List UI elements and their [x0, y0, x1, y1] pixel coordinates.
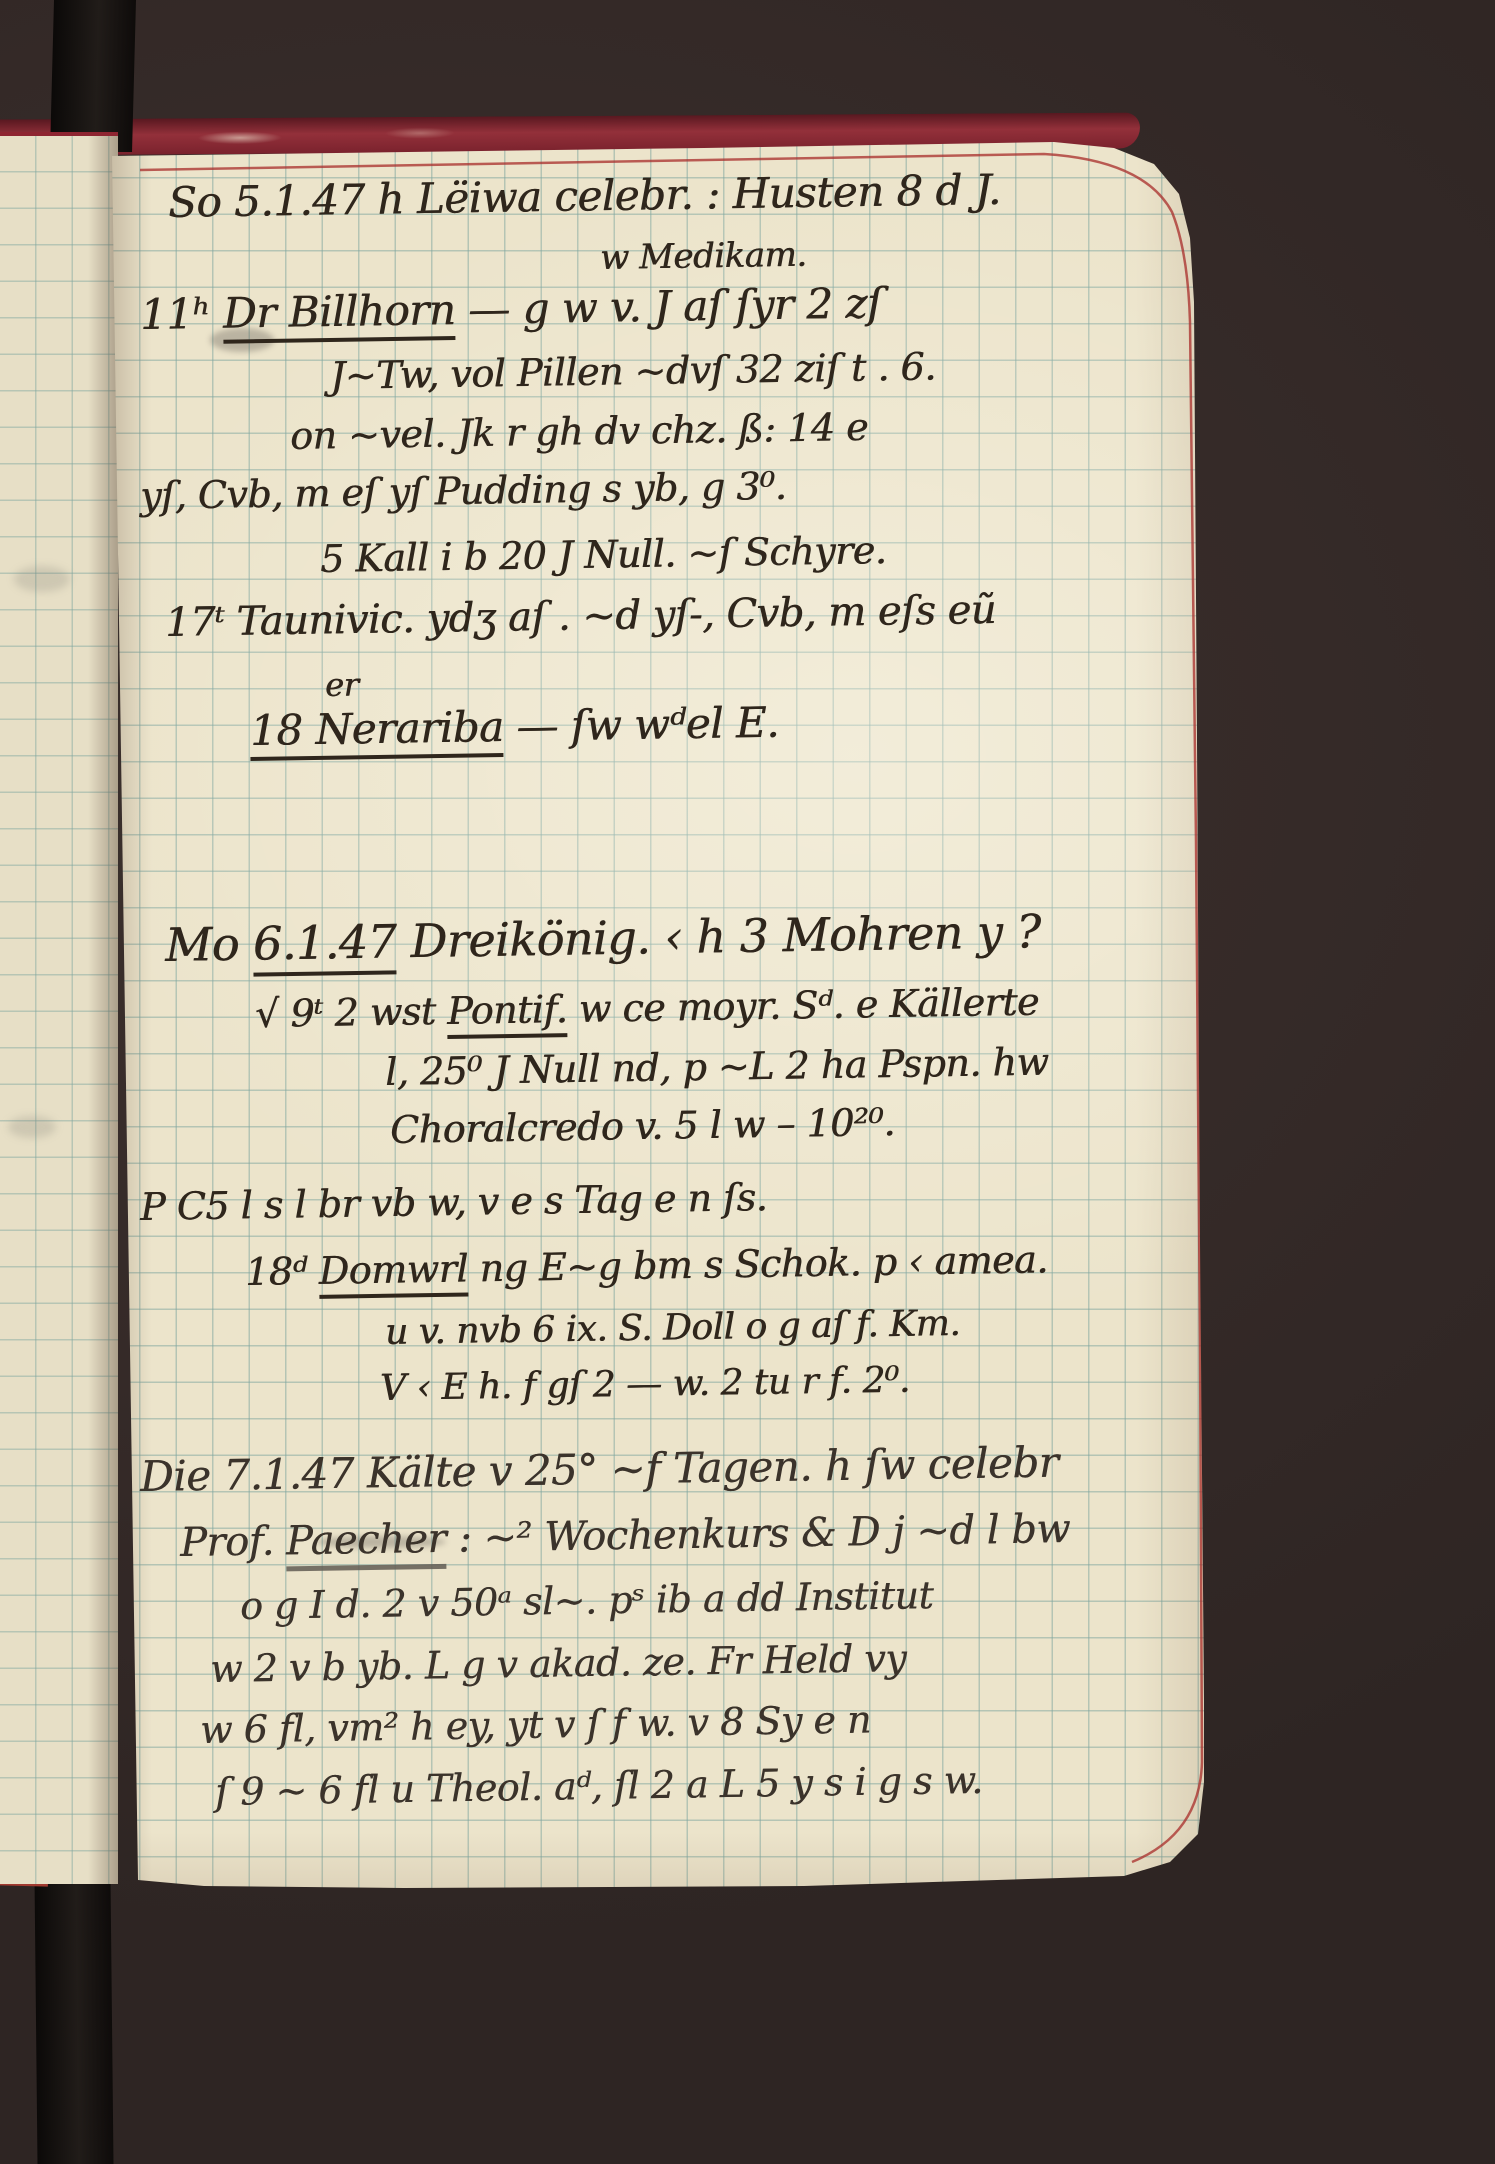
- line-23-text: w 6 fl, vm² h ey, yt v ſ f w. v 8 Sy e n: [200, 1697, 872, 1752]
- handwriting-line-14: Choralcredo v. 5 l w – 10²⁰.: [390, 1100, 895, 1152]
- handwriting-line-24: ſ 9 ~ 6 fl u Theol. aᵈ, ſl 2 a L 5 y s i…: [215, 1758, 983, 1814]
- line-06-text: yſ, Cvb, m eſ yſ Pudding s yb, g 3⁰.: [140, 464, 787, 518]
- line-02-text: w Medikam.: [600, 235, 807, 278]
- line-20-pre: Prof.: [180, 1518, 287, 1566]
- handwriting-line-20: Prof. Paecher : ~² Wochenkurs & D j ~d l…: [180, 1506, 1071, 1566]
- bookmark-ribbon-top: [50, 0, 136, 152]
- line-24-text: ſ 9 ~ 6 fl u Theol. aᵈ, ſl 2 a L 5 y s i…: [215, 1758, 983, 1814]
- line-14-text: Choralcredo v. 5 l w – 10²⁰.: [390, 1100, 895, 1152]
- bookmark-ribbon-bottom: [35, 1878, 114, 2164]
- line-03-underlined: Dr Billhorn: [223, 285, 456, 344]
- handwriting-line-15: P C5 l s l br vb w, v e s Tag e n ſs.: [140, 1175, 768, 1229]
- line-03-post: — g w v. J aſ ſyr 2 zſ: [455, 278, 882, 334]
- line-16-pre: 18ᵈ: [245, 1249, 319, 1294]
- line-13-text: l, 25⁰ J Null nd, p ~L 2 ha Pspn. hw: [385, 1040, 1049, 1094]
- line-01-text: So 5.1.47 h Lëiwa celebr. : Husten 8 d J…: [168, 165, 1001, 227]
- line-11-underlined: 6.1.47: [252, 914, 396, 976]
- show-through-smudge: [14, 566, 70, 592]
- line-07-text: 5 Kall i b 20 J Null. ~ſ Schyre.: [320, 528, 887, 581]
- facing-page-sliver: [0, 132, 118, 1884]
- line-11-post: Dreikönig. ‹ h 3 Mohren y ?: [396, 904, 1041, 968]
- line-17-text: u v. nvb 6 ix. S. Doll o g aſ f. Km.: [385, 1303, 961, 1353]
- line-03-pre: 11ʰ: [140, 289, 224, 339]
- line-10-underlined: 18 Nerariba: [250, 702, 504, 761]
- handwriting-line-10: 18 Nerariba — ſw wᵈel E.: [250, 698, 780, 755]
- handwriting-line-04: J~Tw, vol Pillen ~dvſ 32 ziſ t . 6.: [330, 344, 936, 398]
- line-20-underlined: Paecher: [286, 1516, 447, 1572]
- handwriting-line-21: o g I d. 2 v 50ᵃ sl~. pˢ ib a dd Institu…: [240, 1573, 934, 1628]
- line-12-underlined: Pontif.: [447, 987, 568, 1039]
- line-12-pre: √ 9ᵗ 2 wst: [255, 989, 448, 1036]
- handwriting-line-18: V ‹ E h. f gſ 2 — w. 2 tu r f. 2⁰.: [380, 1360, 910, 1409]
- handwriting-line-13: l, 25⁰ J Null nd, p ~L 2 ha Pspn. hw: [385, 1040, 1049, 1094]
- handwriting-line-03: 11ʰ Dr Billhorn — g w v. J aſ ſyr 2 zſ: [140, 278, 883, 339]
- handwriting-line-22: w 2 v b yb. L g v akad. ze. Fr Held vy: [210, 1636, 907, 1691]
- line-08-text: 17ᵗ Taunivic. ydʒ aſ . ~d yſ-, Cvb, m eſ…: [165, 587, 997, 646]
- line-11-pre: Mo: [165, 917, 254, 972]
- handwriting-line-23: w 6 fl, vm² h ey, yt v ſ f w. v 8 Sy e n: [200, 1697, 872, 1752]
- handwriting-line-19: Die 7.1.47 Kälte v 25° ~f Tagen. h ſw ce…: [140, 1438, 1059, 1501]
- line-10-post: — ſw wᵈel E.: [503, 698, 779, 751]
- handwriting-line-16: 18ᵈ Domwrl ng E~g bm s Schok. p ‹ amea.: [245, 1237, 1048, 1294]
- line-16-underlined: Domwrl: [318, 1247, 468, 1299]
- handwriting-line-11: Mo 6.1.47 Dreikönig. ‹ h 3 Mohren y ?: [165, 904, 1041, 972]
- line-18-text: V ‹ E h. f gſ 2 — w. 2 tu r f. 2⁰.: [380, 1360, 910, 1409]
- line-16-post: ng E~g bm s Schok. p ‹ amea.: [468, 1237, 1049, 1290]
- handwriting-line-08: 17ᵗ Taunivic. ydʒ aſ . ~d yſ-, Cvb, m eſ…: [165, 587, 997, 646]
- handwriting-line-02: w Medikam.: [600, 235, 807, 278]
- line-20-post: : ~² Wochenkurs & D j ~d l bw: [446, 1506, 1071, 1562]
- line-05-text: on ~vel. Jk r gh dv chz. ß: 14 e: [290, 405, 869, 458]
- handwriting-line-17: u v. nvb 6 ix. S. Doll o g aſ f. Km.: [385, 1303, 961, 1353]
- handwriting-line-01: So 5.1.47 h Lëiwa celebr. : Husten 8 d J…: [168, 165, 1001, 227]
- diary-scan: So 5.1.47 h Lëiwa celebr. : Husten 8 d J…: [0, 0, 1495, 2164]
- handwriting-line-09: er: [325, 665, 359, 704]
- handwriting-line-07: 5 Kall i b 20 J Null. ~ſ Schyre.: [320, 528, 887, 581]
- line-04-text: J~Tw, vol Pillen ~dvſ 32 ziſ t . 6.: [330, 344, 936, 398]
- handwriting-line-05: on ~vel. Jk r gh dv chz. ß: 14 e: [290, 405, 869, 458]
- handwriting-line-06: yſ, Cvb, m eſ yſ Pudding s yb, g 3⁰.: [140, 464, 787, 518]
- show-through-smudge: [8, 1116, 56, 1138]
- line-22-text: w 2 v b yb. L g v akad. ze. Fr Held vy: [210, 1636, 907, 1691]
- handwriting-line-12: √ 9ᵗ 2 wst Pontif. w ce moyr. Sᵈ. e Käll…: [255, 980, 1040, 1036]
- line-19-text: Die 7.1.47 Kälte v 25° ~f Tagen. h ſw ce…: [140, 1438, 1059, 1501]
- line-12-post: w ce moyr. Sᵈ. e Källerte: [567, 980, 1039, 1031]
- line-21-text: o g I d. 2 v 50ᵃ sl~. pˢ ib a dd Institu…: [240, 1573, 934, 1628]
- diary-page: So 5.1.47 h Lëiwa celebr. : Husten 8 d J…: [104, 142, 1206, 1892]
- line-15-text: P C5 l s l br vb w, v e s Tag e n ſs.: [140, 1175, 768, 1229]
- line-09-text: er: [325, 665, 359, 704]
